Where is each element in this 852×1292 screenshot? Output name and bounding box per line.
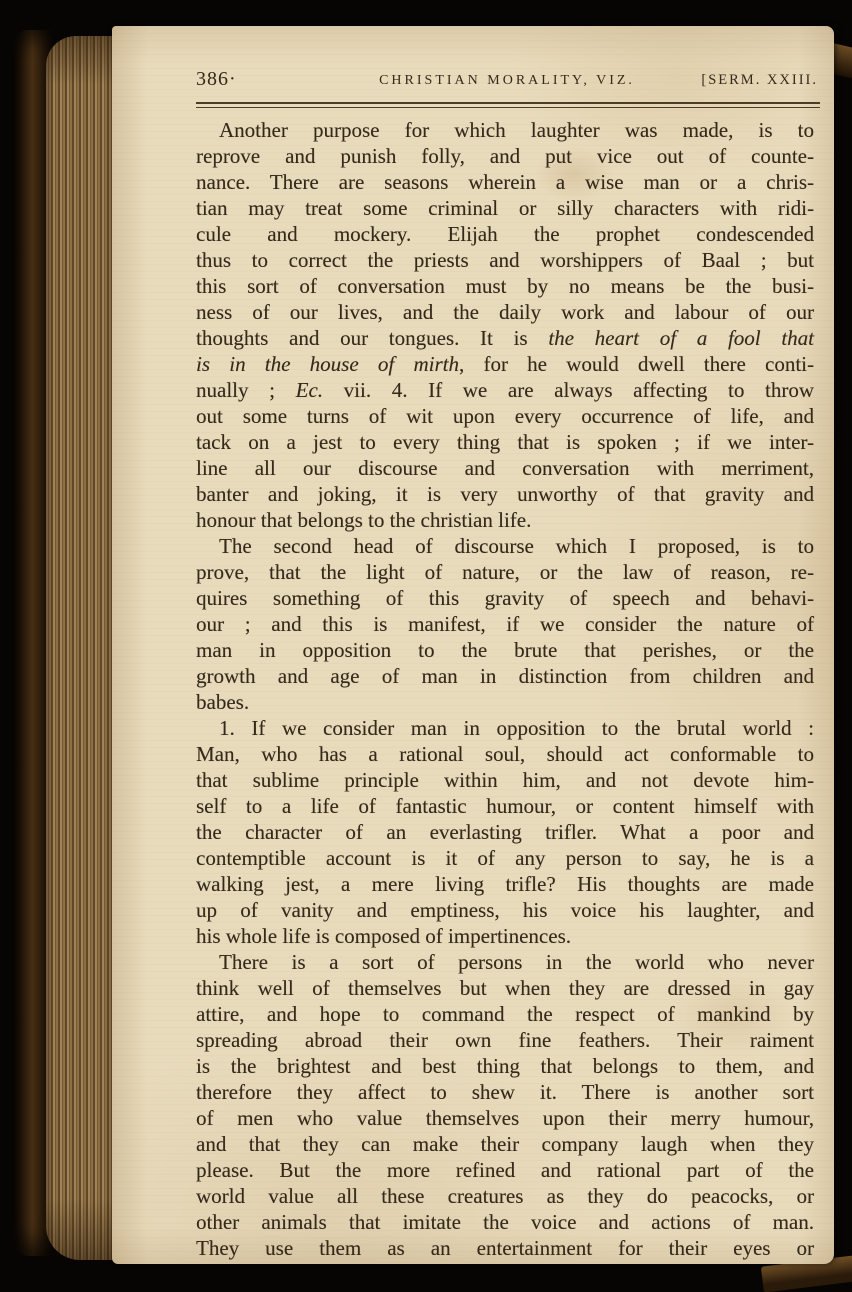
- text-run: tack on a jest to every thing that is sp…: [196, 430, 814, 454]
- running-title: CHRISTIAN MORALITY, VIZ.: [379, 73, 635, 89]
- text-run: babes.: [196, 690, 249, 714]
- text-run: out some turns of wit upon every occurre…: [196, 404, 814, 428]
- text-line: There is a sort of persons in the world …: [196, 949, 814, 975]
- paragraph: Another purpose for which laughter was m…: [196, 117, 814, 533]
- text-run: There is a sort of persons in the world …: [219, 950, 814, 974]
- text-run: attire, and hope to command the respect …: [196, 1002, 814, 1026]
- text-line: world value all these creatures as they …: [196, 1183, 814, 1209]
- text-run: of men who value themselves upon their m…: [196, 1106, 814, 1130]
- page-number: 386·: [196, 68, 237, 91]
- text-line: think well of themselves but when they a…: [196, 975, 814, 1001]
- text-line: banter and joking, it is very unworthy o…: [196, 481, 814, 507]
- text-run: tian may treat some criminal or silly ch…: [196, 196, 814, 220]
- text-line: line all our discourse and conversation …: [196, 455, 814, 481]
- text-line: Man, who has a rational soul, should act…: [196, 741, 814, 767]
- text-line: nance. There are seasons wherein a wise …: [196, 169, 814, 195]
- text-line: his whole life is composed of impertinen…: [196, 923, 814, 949]
- text-line: reprove and punish folly, and put vice o…: [196, 143, 814, 169]
- text-run: Man, who has a rational soul, should act…: [196, 742, 814, 766]
- text-run: contemptible account is it of any person…: [196, 846, 814, 870]
- text-run: line all our discourse and conversation …: [196, 456, 814, 480]
- text-run: reprove and punish folly, and put vice o…: [196, 144, 814, 168]
- text-line: please. But the more refined and rationa…: [196, 1157, 814, 1183]
- text-run: The second head of discourse which I pro…: [219, 534, 814, 558]
- text-line: is the brightest and best thing that bel…: [196, 1053, 814, 1079]
- text-run: is the brightest and best thing that bel…: [196, 1054, 814, 1078]
- text-line: tack on a jest to every thing that is sp…: [196, 429, 814, 455]
- text-run: therefore they affect to shew it. There …: [196, 1080, 814, 1104]
- text-run: nually ;: [196, 378, 296, 402]
- italic-text-run: the heart of a fool that: [548, 326, 814, 350]
- text-run: his whole life is composed of impertinen…: [196, 924, 571, 948]
- text-line: ness of our lives, and the daily work an…: [196, 299, 814, 325]
- running-head: 386· CHRISTIAN MORALITY, VIZ. [SERM. XXI…: [196, 68, 818, 94]
- text-run: banter and joking, it is very unworthy o…: [196, 482, 814, 506]
- text-line: out some turns of wit upon every occurre…: [196, 403, 814, 429]
- page-body: Another purpose for which laughter was m…: [196, 117, 814, 1261]
- text-run: up of vanity and emptiness, his voice hi…: [196, 898, 814, 922]
- text-line: The second head of discourse which I pro…: [196, 533, 814, 559]
- text-line: growth and age of man in distinction fro…: [196, 663, 814, 689]
- text-line: other animals that imitate the voice and…: [196, 1209, 814, 1235]
- text-run: our ; and this is manifest, if we consid…: [196, 612, 814, 636]
- text-run: walking jest, a mere living trifle? His …: [196, 872, 814, 896]
- photo-background: 386· CHRISTIAN MORALITY, VIZ. [SERM. XXI…: [0, 0, 852, 1292]
- text-run: spreading abroad their own fine feathers…: [196, 1028, 814, 1052]
- text-run: growth and age of man in distinction fro…: [196, 664, 814, 688]
- text-line: self to a life of fantastic humour, or c…: [196, 793, 814, 819]
- text-line: contemptible account is it of any person…: [196, 845, 814, 871]
- text-line: spreading abroad their own fine feathers…: [196, 1027, 814, 1053]
- text-run: thoughts and our tongues. It is: [196, 326, 548, 350]
- text-line: babes.: [196, 689, 814, 715]
- text-run: other animals that imitate the voice and…: [196, 1210, 814, 1234]
- double-rule: [196, 102, 820, 108]
- text-line: prove, that the light of nature, or the …: [196, 559, 814, 585]
- text-line: quires something of this gravity of spee…: [196, 585, 814, 611]
- text-line: the character of an everlasting trifler.…: [196, 819, 814, 845]
- text-run: this sort of conversation must by no mea…: [196, 274, 814, 298]
- page-edges: [46, 36, 114, 1260]
- text-run: nance. There are seasons wherein a wise …: [196, 170, 814, 194]
- paragraph: The second head of discourse which I pro…: [196, 533, 814, 715]
- text-run: that sublime principle within him, and n…: [196, 768, 814, 792]
- paragraph: There is a sort of persons in the world …: [196, 949, 814, 1261]
- sermon-number-label: [SERM. XXIII.: [701, 72, 818, 89]
- paragraph: 1. If we consider man in opposition to t…: [196, 715, 814, 949]
- text-line: walking jest, a mere living trifle? His …: [196, 871, 814, 897]
- text-line: that sublime principle within him, and n…: [196, 767, 814, 793]
- text-run: and that they can make their company lau…: [196, 1132, 814, 1156]
- text-line: Another purpose for which laughter was m…: [196, 117, 814, 143]
- text-run: vii. 4. If we are always affecting to th…: [323, 378, 814, 402]
- text-line: honour that belongs to the christian lif…: [196, 507, 814, 533]
- text-line: this sort of conversation must by no mea…: [196, 273, 814, 299]
- text-run: ness of our lives, and the daily work an…: [196, 300, 814, 324]
- text-run: Another purpose for which laughter was m…: [219, 118, 814, 142]
- book-page: 386· CHRISTIAN MORALITY, VIZ. [SERM. XXI…: [112, 26, 834, 1264]
- text-run: self to a life of fantastic humour, or c…: [196, 794, 814, 818]
- text-line: of men who value themselves upon their m…: [196, 1105, 814, 1131]
- text-line: thoughts and our tongues. It is the hear…: [196, 325, 814, 351]
- text-line: therefore they affect to shew it. There …: [196, 1079, 814, 1105]
- text-run: 1. If we consider man in opposition to t…: [219, 716, 814, 740]
- text-run: please. But the more refined and rationa…: [196, 1158, 814, 1182]
- text-run: quires something of this gravity of spee…: [196, 586, 814, 610]
- text-line: our ; and this is manifest, if we consid…: [196, 611, 814, 637]
- text-line: cule and mockery. Elijah the prophet con…: [196, 221, 814, 247]
- text-line: They use them as an entertainment for th…: [196, 1235, 814, 1261]
- text-run: , for he would dwell there conti-: [459, 352, 814, 376]
- text-run: They use them as an entertainment for th…: [196, 1236, 814, 1260]
- text-run: the character of an everlasting trifler.…: [196, 820, 814, 844]
- text-run: thus to correct the priests and worshipp…: [196, 248, 814, 272]
- text-line: and that they can make their company lau…: [196, 1131, 814, 1157]
- text-line: man in opposition to the brute that peri…: [196, 637, 814, 663]
- text-line: nually ; Ec. vii. 4. If we are always af…: [196, 377, 814, 403]
- text-run: man in opposition to the brute that peri…: [196, 638, 814, 662]
- text-line: is in the house of mirth, for he would d…: [196, 351, 814, 377]
- text-run: prove, that the light of nature, or the …: [196, 560, 814, 584]
- text-line: up of vanity and emptiness, his voice hi…: [196, 897, 814, 923]
- text-line: attire, and hope to command the respect …: [196, 1001, 814, 1027]
- text-line: 1. If we consider man in opposition to t…: [196, 715, 814, 741]
- text-line: thus to correct the priests and worshipp…: [196, 247, 814, 273]
- text-run: world value all these creatures as they …: [196, 1184, 814, 1208]
- text-line: tian may treat some criminal or silly ch…: [196, 195, 814, 221]
- italic-text-run: Ec.: [296, 378, 323, 402]
- text-run: think well of themselves but when they a…: [196, 976, 814, 1000]
- text-run: honour that belongs to the christian lif…: [196, 508, 531, 532]
- text-run: cule and mockery. Elijah the prophet con…: [196, 222, 814, 246]
- italic-text-run: is in the house of mirth: [196, 352, 459, 376]
